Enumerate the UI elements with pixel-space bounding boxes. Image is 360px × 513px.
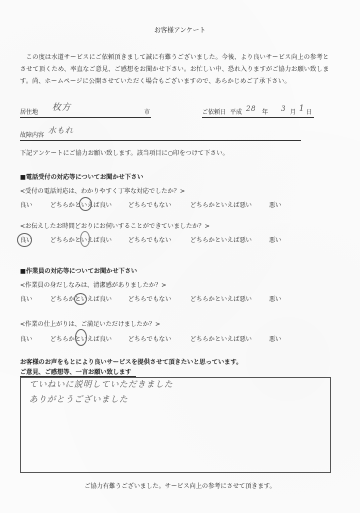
residence-suffix: 市: [144, 110, 150, 116]
section-heading-phone: ■電話受付の対応等についてお聞かせ下さい: [20, 175, 143, 181]
intro-line-2: させて頂くため、率直なご意見、ご感想をお聞かせ下さい。お忙しい中、恐れ入りますが…: [20, 67, 329, 73]
option-somewhat-bad[interactable]: どちらかといえば悪い: [190, 238, 252, 244]
option-somewhat-good[interactable]: どちらかといえば良い: [50, 337, 112, 343]
residence-underline: [20, 117, 151, 118]
option-somewhat-good[interactable]: どちらかといえば良い: [50, 203, 112, 209]
residence-value[interactable]: 枚方: [52, 104, 71, 113]
comment-line-1: ていねいに説明していただきました: [29, 381, 173, 390]
option-good[interactable]: 良い: [20, 297, 32, 303]
month-label: 月: [290, 110, 296, 116]
option-good[interactable]: 良い: [20, 238, 32, 244]
intro-line-3: す。尚、ホームページに公開させていただく場合もございますので、あらかじめご了承下…: [20, 79, 291, 85]
option-neutral[interactable]: どちらでもない: [128, 337, 171, 343]
option-neutral[interactable]: どちらでもない: [128, 238, 171, 244]
option-good[interactable]: 良い: [20, 337, 32, 343]
request-date-underline: [202, 117, 314, 118]
option-bad[interactable]: 悪い: [269, 238, 281, 244]
question-phone-clarity: <受付の電話対応は、わかりやすく丁寧な対応でしたか？>: [20, 189, 185, 195]
survey-page: お客様アンケート この度は水道サービスにご依頼頂きまして誠に有難うございました。…: [0, 0, 360, 513]
survey-title: お客様アンケート: [0, 27, 360, 34]
option-bad[interactable]: 悪い: [269, 297, 281, 303]
option-somewhat-good[interactable]: どちらかといえば良い: [50, 238, 112, 244]
option-somewhat-good[interactable]: どちらかといえば良い: [50, 297, 112, 303]
option-neutral[interactable]: どちらでもない: [128, 203, 171, 209]
comments-box[interactable]: ていねいに説明していただきました ありがとうございました: [20, 377, 331, 473]
year-label: 年: [262, 110, 268, 116]
month-value[interactable]: 3: [281, 106, 286, 113]
option-somewhat-bad[interactable]: どちらかといえば悪い: [190, 337, 252, 343]
era-label: 平成: [230, 110, 242, 116]
day-value[interactable]: 1: [299, 105, 305, 113]
footer-thanks: ご協力有難うございました。サービス向上の参考にさせて頂きます。: [0, 484, 360, 490]
comment-line-2: ありがとうございました: [29, 396, 128, 405]
intro-line-1: この度は水道サービスにご依頼頂きまして誠に有難うございました。今後、より良いサー…: [26, 55, 329, 61]
option-good[interactable]: 良い: [20, 203, 32, 209]
issue-value[interactable]: 水もれ: [48, 127, 74, 135]
year-value[interactable]: 28: [246, 106, 256, 113]
question-phone-punctuality: <お伝えしたお時間どおりにお伺いすることができていましたか？>: [20, 224, 210, 230]
question-work-satisfaction: <作業の仕上がりは、ご満足いただけましたか？>: [20, 322, 160, 328]
residence-label: 居住地: [20, 110, 38, 116]
option-bad[interactable]: 悪い: [269, 337, 281, 343]
option-somewhat-bad[interactable]: どちらかといえば悪い: [190, 297, 252, 303]
option-bad[interactable]: 悪い: [269, 203, 281, 209]
issue-label: 故障内容: [20, 133, 44, 139]
question-staff-appearance: <作業員の身だしなみは、清潔感がありましたか？>: [20, 283, 167, 289]
day-label: 日: [306, 110, 312, 116]
request-date-label: ご依頼日: [202, 110, 226, 116]
option-somewhat-bad[interactable]: どちらかといえば悪い: [190, 203, 252, 209]
instruction-text: 下記アンケートにご協力お願い致します。該当項目に○印をつけて下さい。: [20, 151, 229, 157]
section-heading-staff: ■作業員の対応等についてお聞かせ下さい: [20, 269, 137, 275]
option-neutral[interactable]: どちらでもない: [128, 297, 171, 303]
comments-prompt-1: お客様のお声をもとにより良いサービスを提供させて頂きたいと思っています。: [20, 360, 242, 366]
issue-underline: [20, 140, 301, 141]
